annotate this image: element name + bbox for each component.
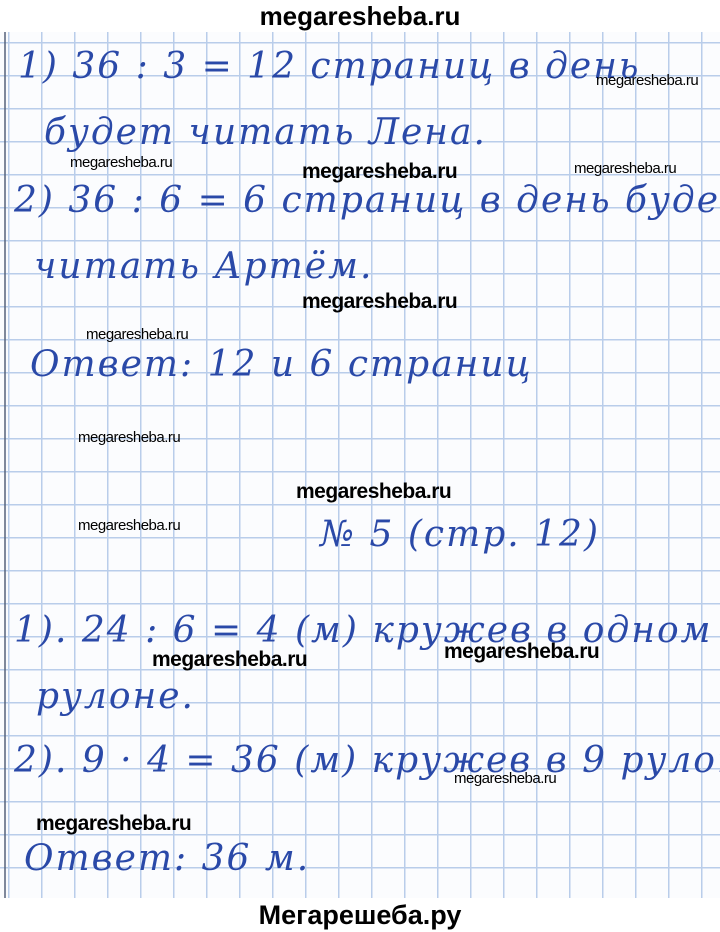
problem4-answer: Ответ: 12 и 6 страниц — [30, 344, 533, 385]
site-header-watermark: megaresheba.ru — [0, 0, 720, 32]
watermark: megaresheba.ru — [78, 517, 180, 534]
watermark: megaresheba.ru — [302, 290, 457, 314]
problem5-step1-line1: 1). 24 : 6 = 4 (м) кружев в одном — [14, 610, 713, 651]
problem5-answer: Ответ: 36 м. — [24, 838, 310, 879]
problem5-title: № 5 (стр. 12) — [320, 514, 600, 555]
problem4-step1-line2: будет читать Лена. — [44, 112, 487, 153]
watermark: megaresheba.ru — [296, 480, 451, 504]
watermark: megaresheba.ru — [596, 72, 698, 89]
watermark: megaresheba.ru — [574, 160, 676, 177]
problem5-step2-line1: 2). 9 · 4 = 36 (м) кружев в 9 рулонах — [14, 740, 720, 781]
watermark: megaresheba.ru — [302, 160, 457, 184]
watermark: megaresheba.ru — [444, 640, 599, 664]
site-footer-watermark: Мегарешеба.ру — [0, 898, 720, 932]
watermark: megaresheba.ru — [86, 326, 188, 343]
watermark: megaresheba.ru — [152, 648, 307, 672]
watermark: megaresheba.ru — [78, 429, 180, 446]
problem4-step1-line1: 1) 36 : 3 = 12 страниц в день — [18, 46, 641, 87]
problem5-step1-line2: рулоне. — [36, 676, 195, 717]
watermark: megaresheba.ru — [70, 154, 172, 171]
watermark: megaresheba.ru — [454, 770, 556, 787]
problem4-step2-line1: 2) 36 : 6 = 6 страниц в день будет — [14, 180, 720, 221]
problem4-step2-line2: читать Артём. — [34, 246, 373, 287]
notebook-margin-line — [4, 32, 6, 898]
watermark: megaresheba.ru — [36, 812, 191, 836]
